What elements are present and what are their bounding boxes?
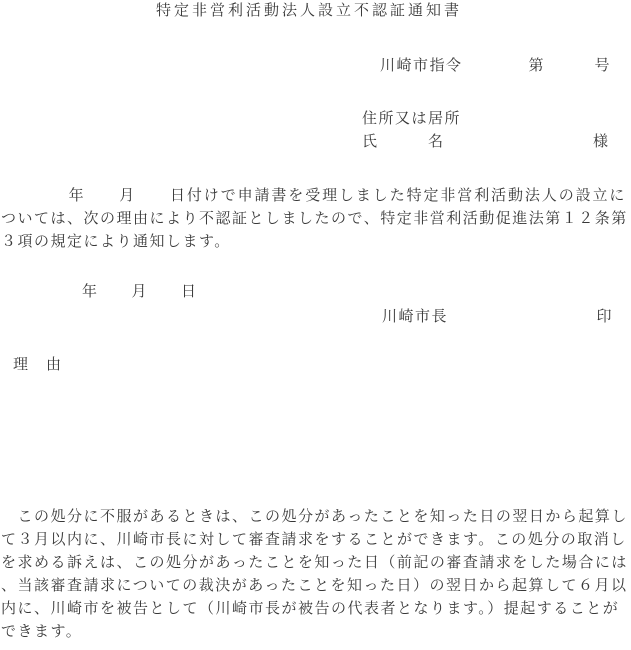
reason-label: 理 由 xyxy=(13,358,63,373)
document-title: 特定非営利活動法人設立不認証通知書 xyxy=(156,4,462,19)
notice-body-line: 年 月 日付けで申請書を受理しました特定非営利活動法人の設立に xyxy=(1,185,631,208)
appeal-body-line: 内に、川崎市を被告として（川崎市長が被告の代表者となります。）提起することが xyxy=(1,598,631,621)
notice-body-line: ３項の規定により通知します。 xyxy=(1,231,631,254)
directive-number-line: 川崎市指令 第 号 xyxy=(380,59,611,74)
notice-body-line: ついては、次の理由により不認証としましたので、特定非営利活動促進法第１２条第 xyxy=(1,208,631,231)
notice-body: 年 月 日付けで申請書を受理しました特定非営利活動法人の設立に ついては、次の理… xyxy=(1,185,631,254)
appeal-body-line: て３月以内に、川崎市長に対して審査請求をすることができます。この処分の取消し xyxy=(1,529,631,552)
appeal-body-line: を求める訴えは、この処分があったことを知った日（前記の審査請求をした場合には xyxy=(1,552,631,575)
issue-date-line: 年 月 日 xyxy=(82,285,198,300)
appeal-body-line: できます。 xyxy=(1,621,631,644)
addressee-name-line: 氏 名 様 xyxy=(362,135,610,150)
address-label: 住所又は居所 xyxy=(362,112,461,127)
notice-document-page: 特定非営利活動法人設立不認証通知書 川崎市指令 第 号 住所又は居所 氏 名 様… xyxy=(0,0,631,650)
appeal-notice-body: この処分に不服があるときは、この処分があったことを知った日の翌日から起算し て３… xyxy=(1,506,631,644)
appeal-body-line: この処分に不服があるときは、この処分があったことを知った日の翌日から起算し xyxy=(1,506,631,529)
mayor-signature-line: 川崎市長 印 xyxy=(382,310,613,325)
appeal-body-line: 、当該審査請求についての裁決があったことを知った日）の翌日から起算して６月以 xyxy=(1,575,631,598)
